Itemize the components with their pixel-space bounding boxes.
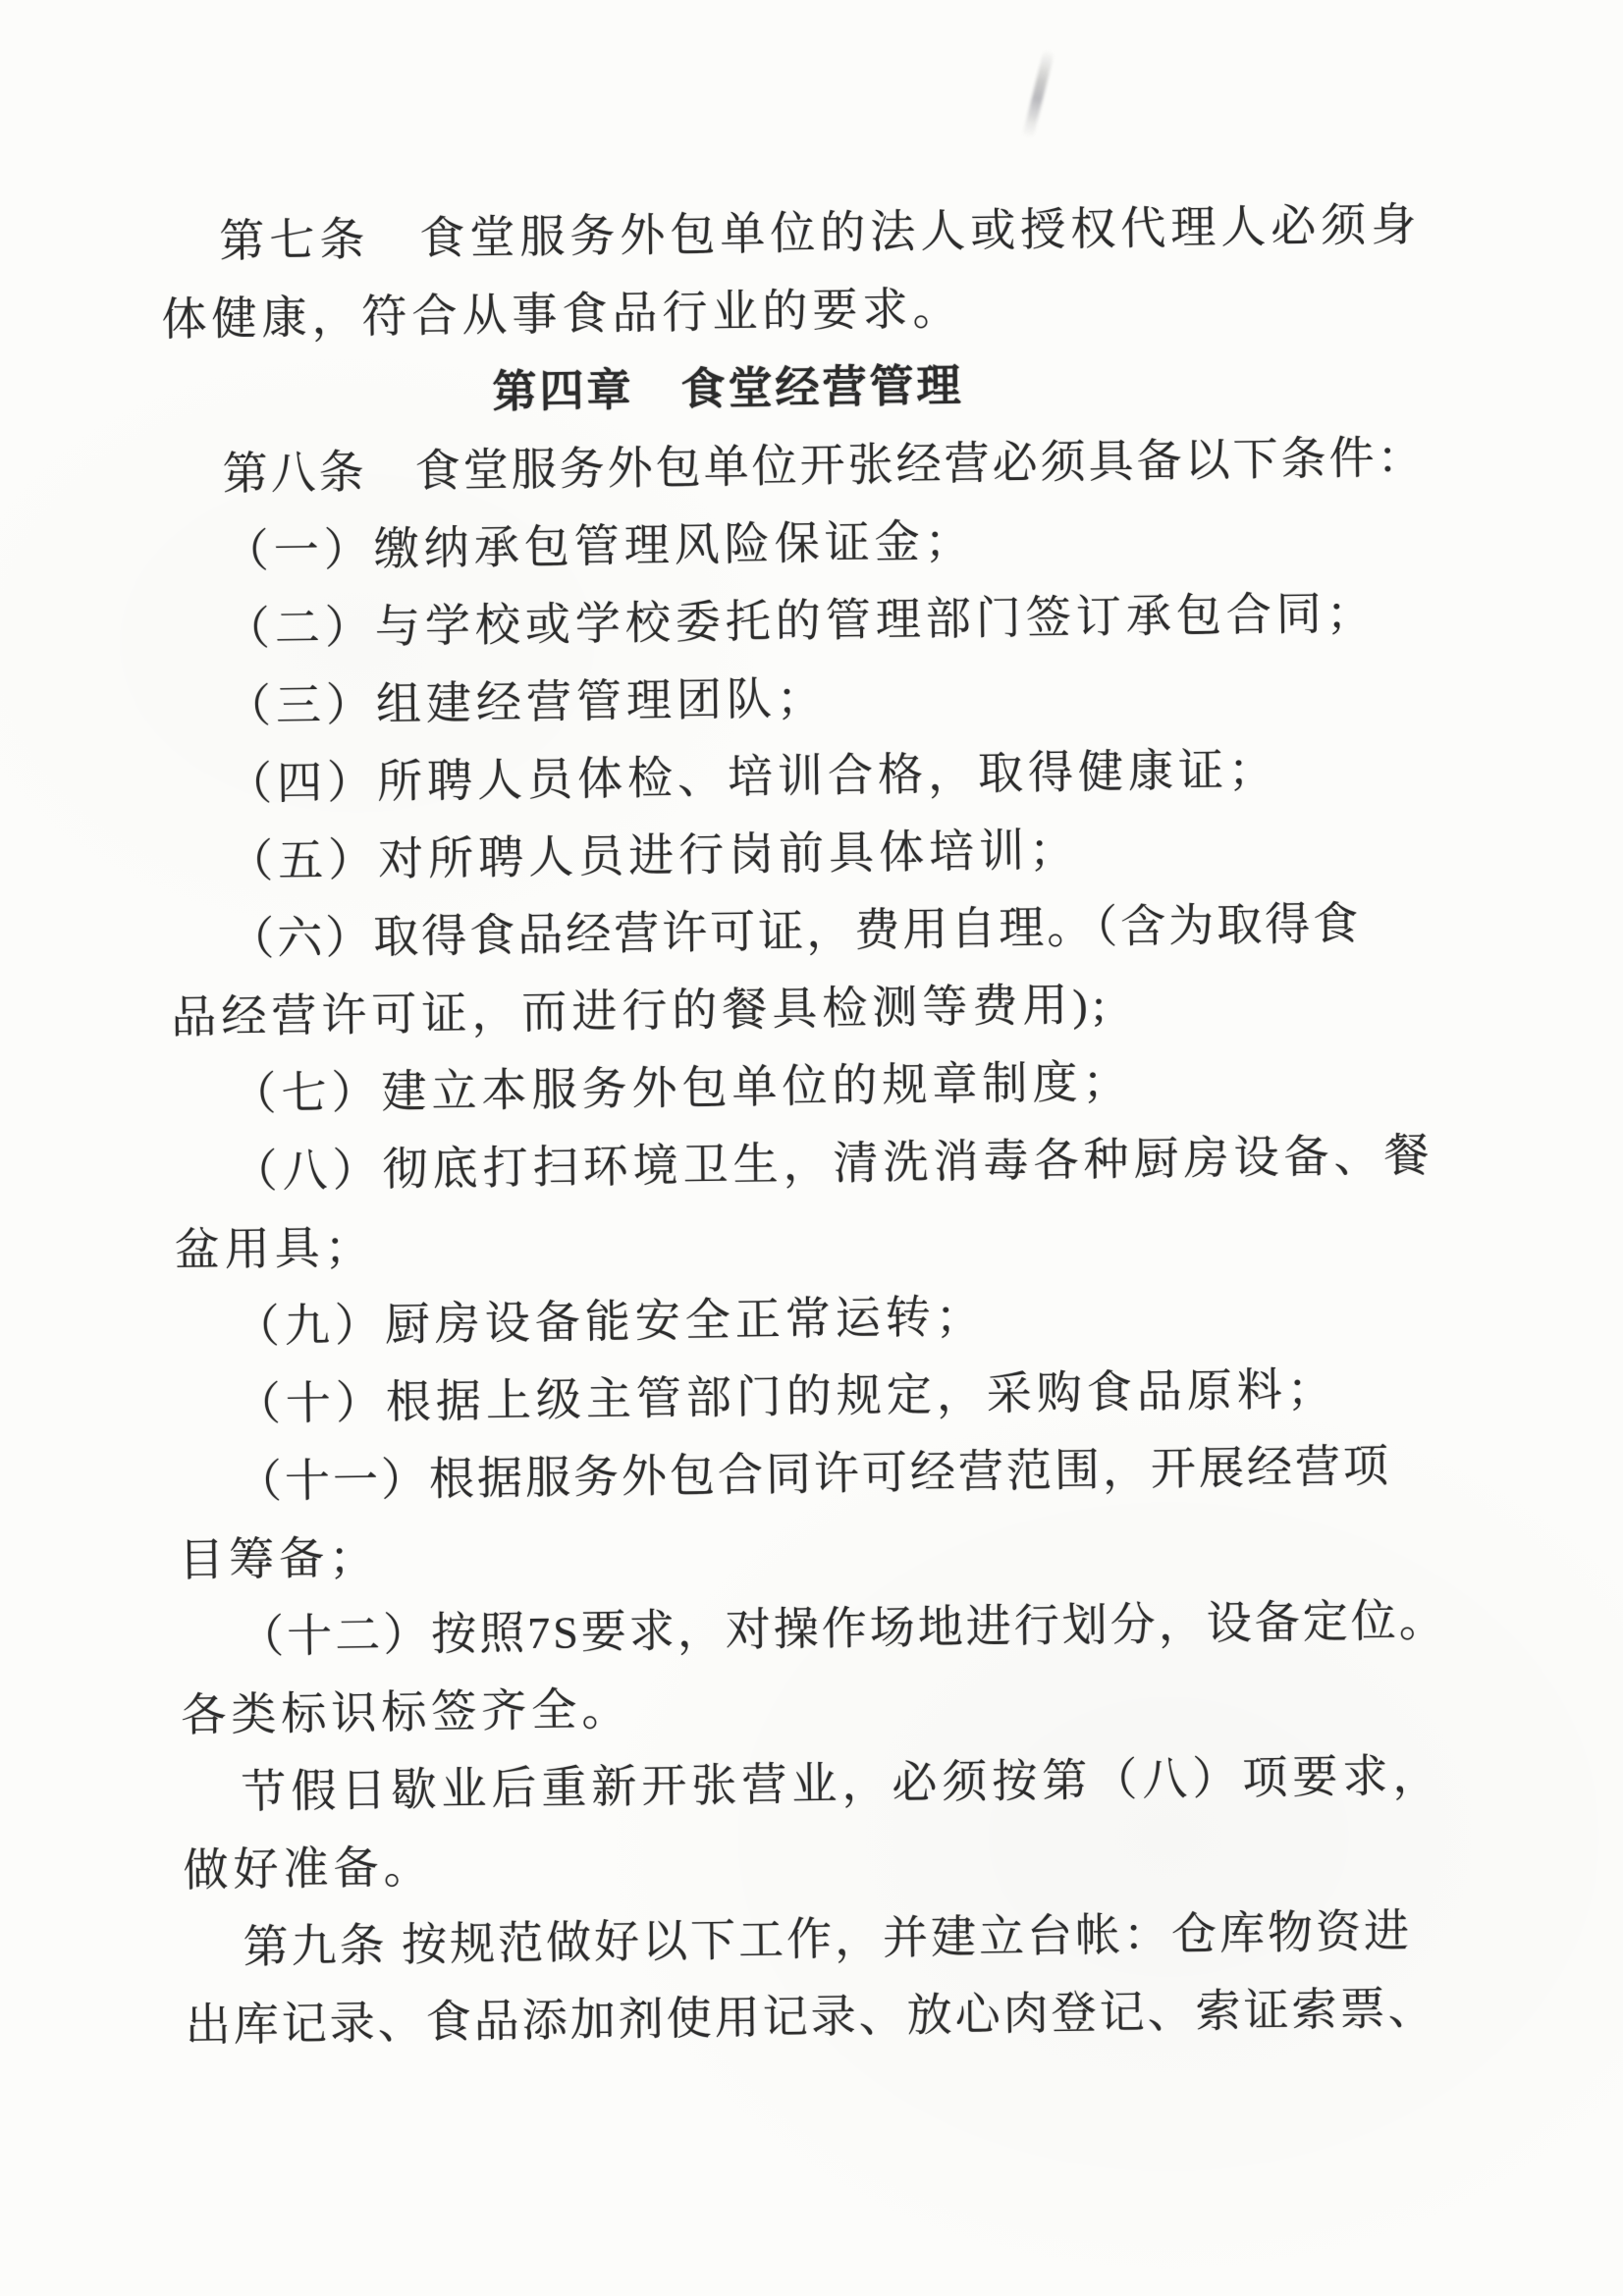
scan-smudge-artifact [1022, 49, 1055, 139]
document-body: 第七条 食堂服务外包单位的法人或授权代理人必须身 体健康，符合从事食品行业的要求… [160, 186, 1464, 2064]
line-article-9-cont: 出库记录、食品添加剂使用记录、放心肉登记、索证索票、 [185, 1969, 1464, 2064]
scanned-page: 第七条 食堂服务外包单位的法人或授权代理人必须身 体健康，符合从事食品行业的要求… [0, 0, 1623, 2296]
